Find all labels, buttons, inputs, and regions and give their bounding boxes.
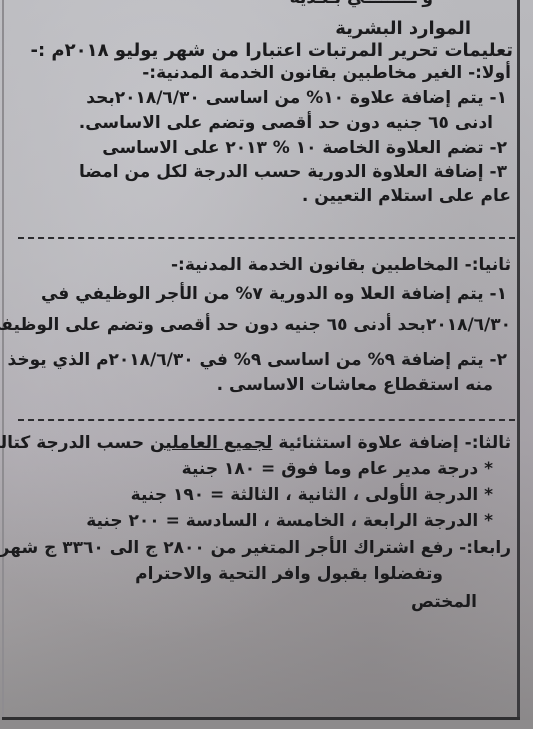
section-1-heading: أولا:- الغير مخاطبين بقانون الخدمة المدن… <box>142 62 511 84</box>
section-2-item-2-line-2: منه استقطاع معاشات الاساسى . <box>217 374 493 396</box>
cut-off-header-line: و ـــــــــي بـلـدية <box>290 0 433 8</box>
section-1-item-3-line-2: عام على استلام التعيين . <box>302 185 511 207</box>
signature-title: المختص <box>411 591 477 613</box>
grade-item-2: * الدرجة الأولى ، الثانية ، الثالثة = ١٩… <box>131 484 493 506</box>
section-3-heading-suffix: حسب الدرجة كتالي:- <box>0 433 150 453</box>
section-3-heading: ثالثا:- إضافة علاوة استثنائية لجميع العا… <box>0 432 511 454</box>
table-surface <box>0 720 533 729</box>
section-2-item-1-line-2: ٢٠١٨/٦/٣٠بحد أدنى ٦٥ جنيه دون حد أقصى وت… <box>0 314 511 336</box>
section-4-heading: رابعا:- رفع اشتراك الأجر المتغير من ٢٨٠٠… <box>0 537 511 559</box>
grade-item-1: * درجة مدير عام وما فوق = ١٨٠ جنية <box>182 458 493 480</box>
closing-salutation: وتفضلوا بقبول وافر التحية والاحترام <box>135 563 443 585</box>
section-2-heading: ثانيا:- المخاطبين بقانون الخدمة المدنية:… <box>171 254 511 276</box>
section-1-item-2: ٢- تضم العلاوة الخاصة ١٠ % ٢٠١٣ على الاس… <box>102 137 507 159</box>
section-3-heading-prefix: ثالثا:- إضافة علاوة استثنائية <box>272 433 511 453</box>
section-divider <box>18 419 515 421</box>
section-1-item-1-line-1: ١- يتم إضافة علاوة ١٠% من اساسى ٢٠١٨/٦/٣… <box>86 87 507 109</box>
grade-item-3: * الدرجة الرابعة ، الخامسة ، السادسة = ٢… <box>86 510 493 532</box>
frame-right-border <box>517 0 520 721</box>
section-divider <box>18 237 515 239</box>
department-name: الموارد البشرية <box>335 18 471 40</box>
section-3-heading-underlined: لجميع العاملين <box>150 433 272 453</box>
section-1-item-3-line-1: ٣- إضافة العلاوة الدورية حسب الدرجة لكل … <box>79 161 507 183</box>
section-1-item-1-line-2: ادنى ٦٥ جنيه دون حد أقصى وتضم على الاساس… <box>79 112 493 134</box>
document-title: تعليمات تحرير المرتبات اعتبارا من شهر يو… <box>30 40 513 62</box>
section-2-item-1-line-1: ١- يتم إضافة العلا وه الدورية ٧% من الأج… <box>41 283 507 305</box>
section-2-item-2-line-1: ٢- يتم إضافة ٩% من اساسى ٩% في ٢٠١٨/٦/٣٠… <box>8 349 507 371</box>
frame-left-border <box>2 0 4 720</box>
